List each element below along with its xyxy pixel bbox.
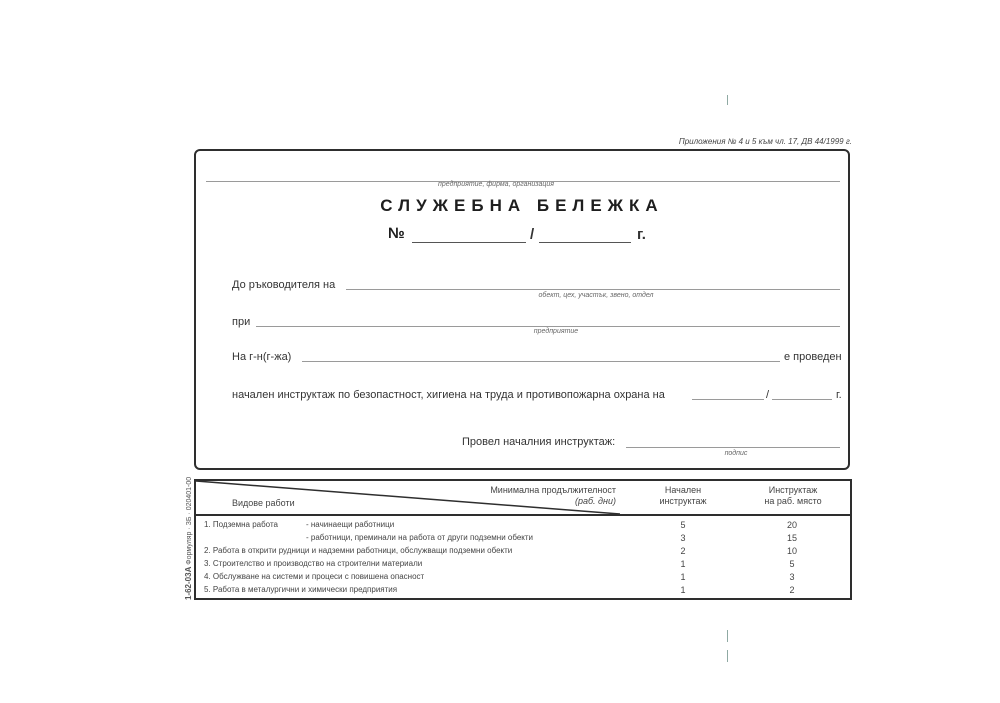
form-code: 1-62-03A Формуляр · ЗБ · 020401-00 xyxy=(184,477,193,600)
service-note-form: предприятие, фирма, организация СЛУЖЕБНА… xyxy=(194,149,850,470)
person-label: На г-н(г-жа) xyxy=(232,351,291,363)
row-label: 5. Работа в металургични и химически пре… xyxy=(204,585,397,595)
legal-reference: Приложения № 4 и 5 към чл. 17, ДВ 44/199… xyxy=(560,137,852,146)
organization-caption: предприятие, фирма, организация xyxy=(396,181,596,188)
signature-caption: подпис xyxy=(706,450,766,457)
instruction-year-field[interactable] xyxy=(772,399,832,400)
row-initial-days: 1 xyxy=(663,585,703,595)
number-slash: / xyxy=(530,226,534,243)
header-workplace-line1: Инструктаж xyxy=(748,485,838,496)
to-manager-caption: обект, цех, участък, звено, отдел xyxy=(496,292,696,299)
to-manager-label: До ръководителя на xyxy=(232,279,335,291)
row-label: 3. Строителство и производство на строит… xyxy=(204,559,422,569)
row-initial-days: 5 xyxy=(663,520,703,530)
signature-field[interactable] xyxy=(626,447,840,448)
instruction-text: начален инструктаж по безопастност, хиги… xyxy=(232,389,665,401)
row-workplace-days: 3 xyxy=(772,572,812,582)
row-workplace-days: 20 xyxy=(772,520,812,530)
header-initial-instruction: Начален инструктаж xyxy=(648,485,718,507)
instruction-date-slash: / xyxy=(766,389,769,401)
number-field[interactable] xyxy=(412,242,526,243)
number-year-suffix: г. xyxy=(637,226,646,243)
row-label: 2. Работа в открити рудници и надземни р… xyxy=(204,546,512,556)
to-manager-field[interactable] xyxy=(346,289,840,290)
row-label: 4. Обслужване на системи и процеси с пов… xyxy=(204,572,424,582)
header-workplace-instruction: Инструктаж на раб. място xyxy=(748,485,838,507)
conducted-by-label: Провел началния инструктаж: xyxy=(462,436,615,448)
crop-mark-bottom-2 xyxy=(727,650,728,662)
document-title: СЛУЖЕБНА БЕЛЕЖКА xyxy=(196,196,848,216)
row-sublabel: - начинаещи работници xyxy=(306,520,394,530)
header-min-duration-unit: (раб. дни) xyxy=(536,496,616,507)
row-workplace-days: 10 xyxy=(772,546,812,556)
row-initial-days: 1 xyxy=(663,572,703,582)
row-initial-days: 3 xyxy=(663,533,703,543)
instruction-date-field[interactable] xyxy=(692,399,764,400)
row-initial-days: 1 xyxy=(663,559,703,569)
header-workplace-line2: на раб. място xyxy=(748,496,838,507)
number-year-field[interactable] xyxy=(539,242,631,243)
form-code-note: Формуляр · ЗБ · 020401-00 xyxy=(186,477,193,565)
at-caption: предприятие xyxy=(496,328,616,335)
row-label: 1. Подземна работа xyxy=(204,520,278,530)
person-field[interactable] xyxy=(302,361,780,362)
instruction-year-suffix: г. xyxy=(836,389,842,401)
at-field[interactable] xyxy=(256,326,840,327)
row-sublabel: - работници, преминали на работа от друг… xyxy=(306,533,533,543)
at-label: при xyxy=(232,316,250,328)
header-initial-line1: Начален xyxy=(648,485,718,496)
row-workplace-days: 5 xyxy=(772,559,812,569)
conducted-label: е проведен xyxy=(784,351,842,363)
number-label: № xyxy=(388,225,405,242)
row-workplace-days: 2 xyxy=(772,585,812,595)
instruction-duration-table: Видове работи Минимална продължителност … xyxy=(194,479,852,600)
crop-mark-bottom-1 xyxy=(727,630,728,642)
row-initial-days: 2 xyxy=(663,546,703,556)
crop-mark-top xyxy=(727,95,728,105)
table-header: Видове работи Минимална продължителност … xyxy=(196,481,850,516)
header-min-duration: Минимална продължителност xyxy=(466,485,616,496)
header-initial-line2: инструктаж xyxy=(648,496,718,507)
form-code-number: 1-62-03A xyxy=(184,567,193,600)
header-work-types: Видове работи xyxy=(232,498,295,509)
row-workplace-days: 15 xyxy=(772,533,812,543)
